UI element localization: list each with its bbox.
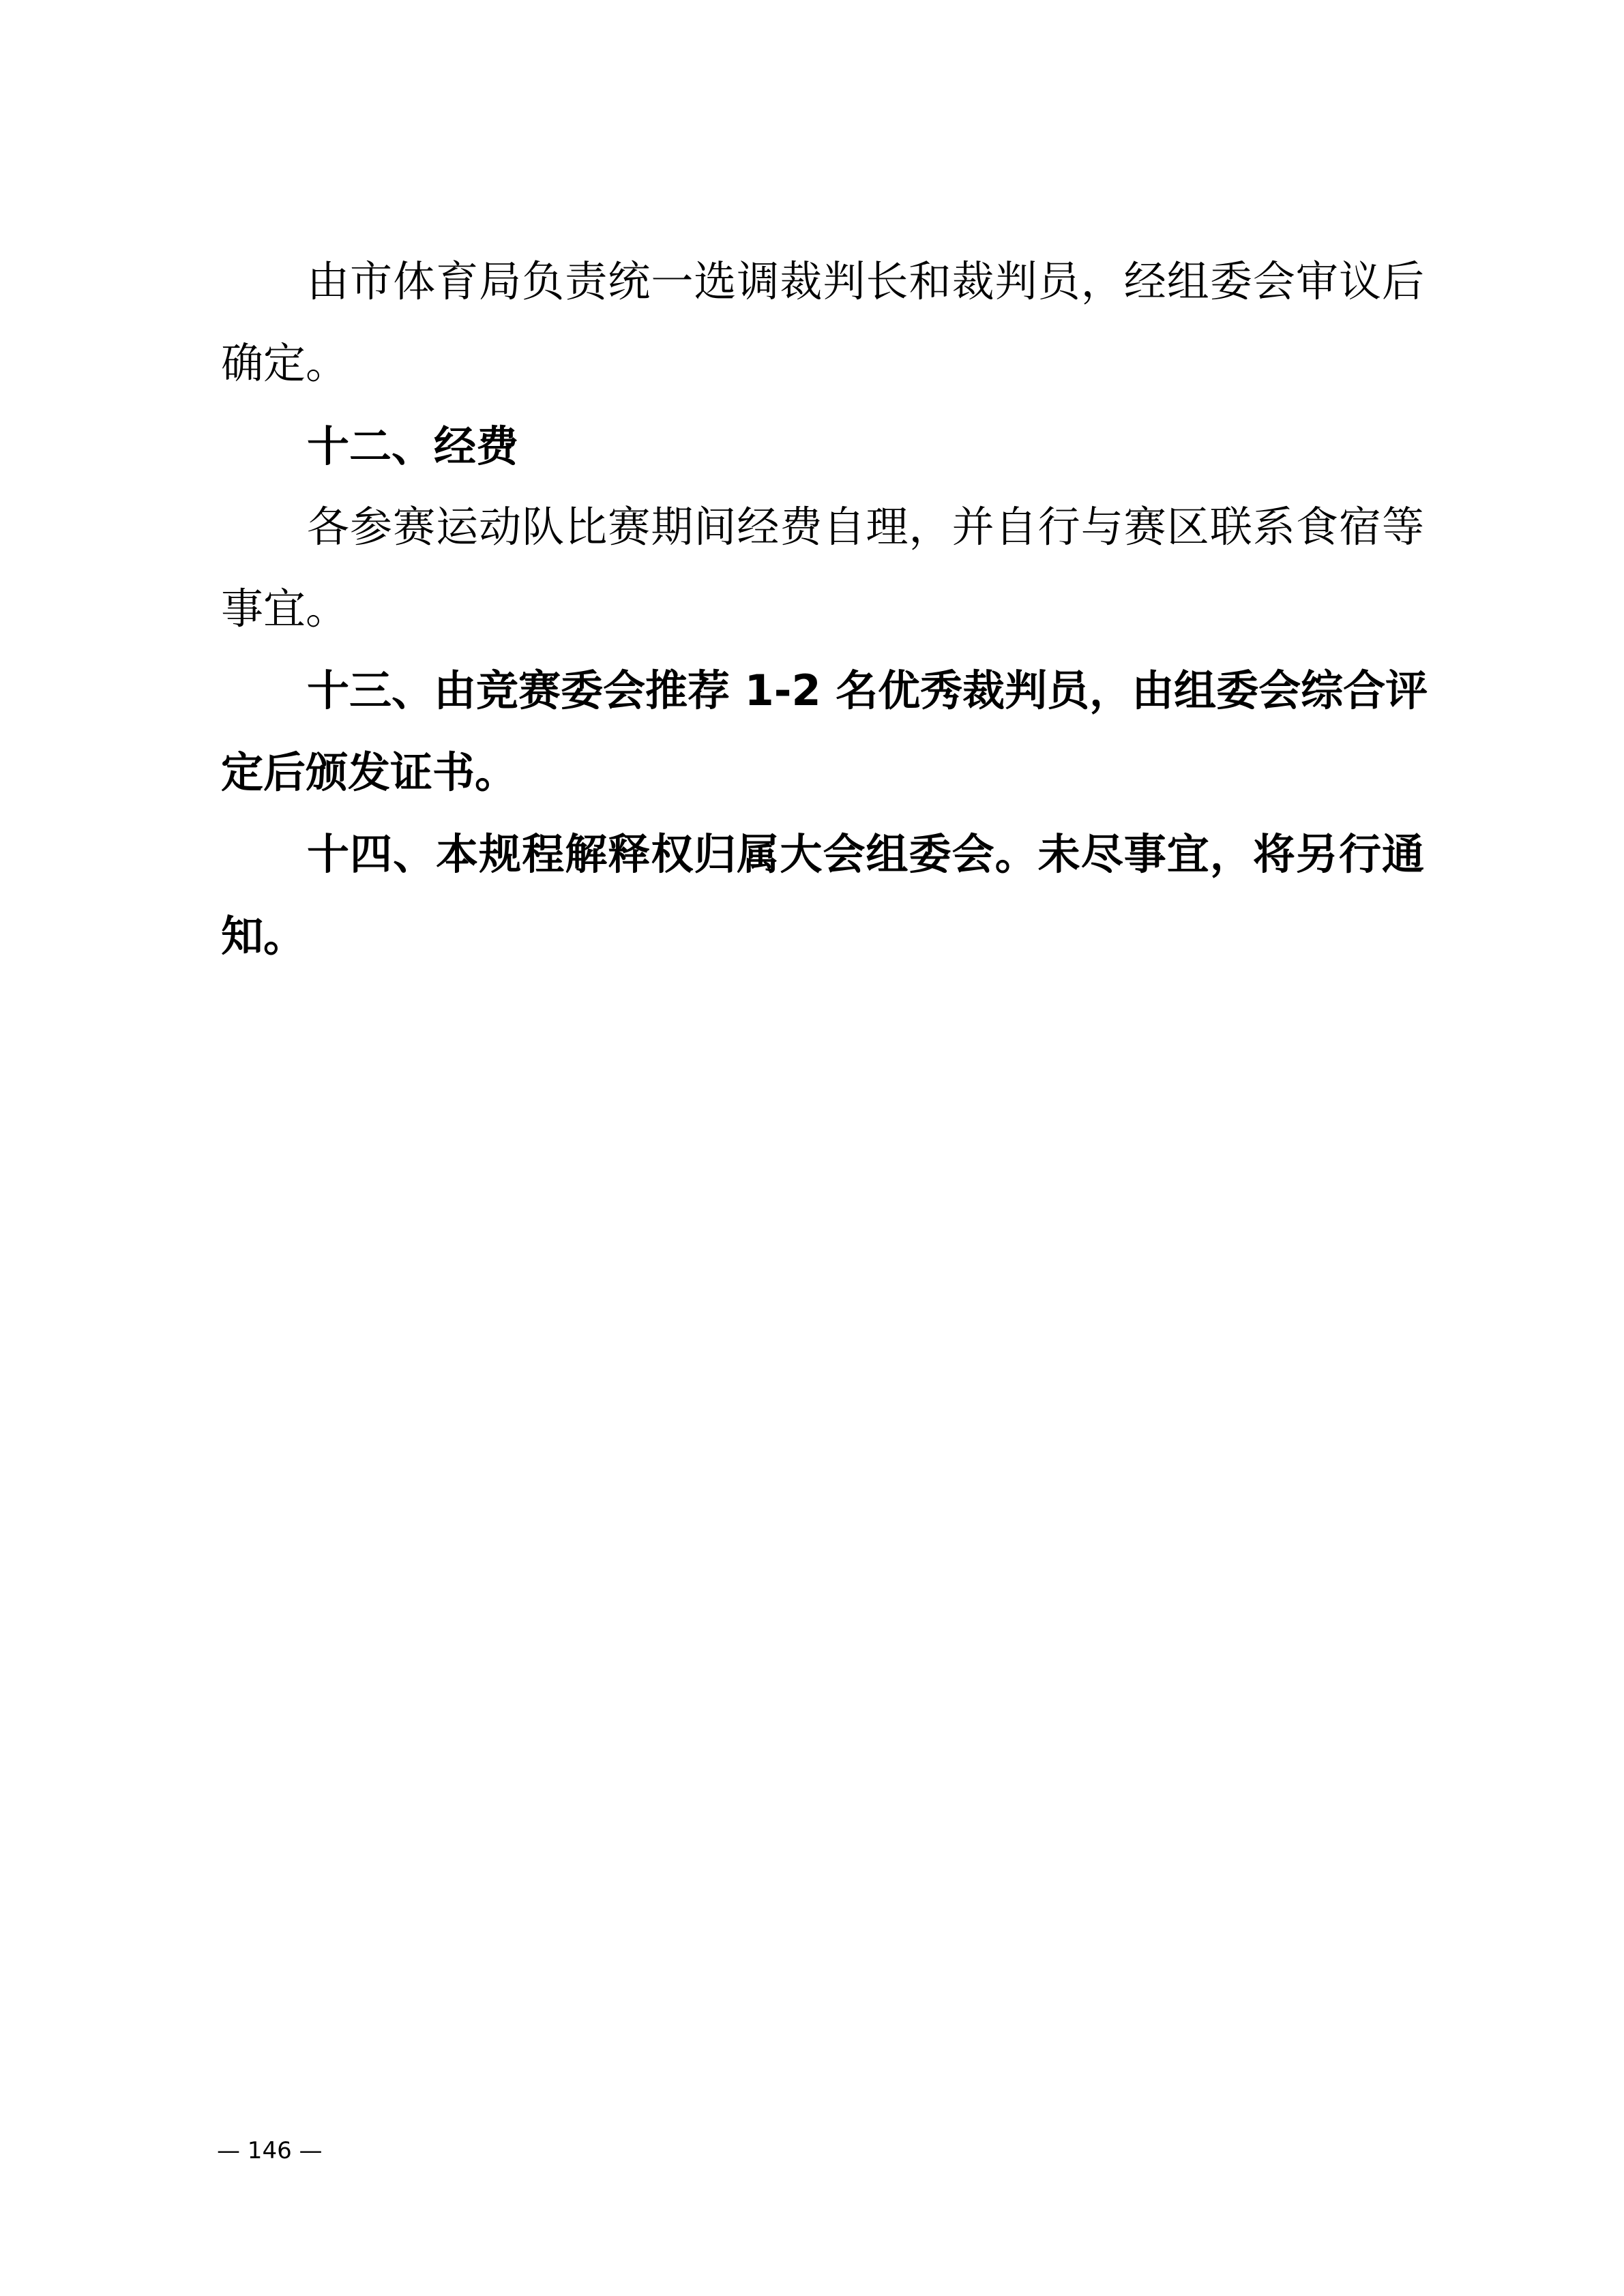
- section-13-line-1: 十三、由竞赛委会推荐 1-2 名优秀裁判员，由组委会综合评: [307, 664, 1424, 718]
- section-14-line-2: 知。: [221, 909, 1424, 964]
- section-13-line-2: 定后颁发证书。: [221, 745, 1424, 800]
- section-14-line-1: 十四、本规程解释权归属大会组委会。未尽事宜，将另行通: [307, 827, 1424, 882]
- paragraph-expenses-line-2: 事宜。: [221, 582, 1424, 636]
- paragraph-referees-line-1: 由市体育局负责统一选调裁判长和裁判员，经组委会审议后: [307, 254, 1424, 309]
- page-number: — 146 —: [217, 2137, 323, 2164]
- section-heading-12-expenses: 十二、经费: [307, 419, 1424, 474]
- paragraph-expenses-line-1: 各参赛运动队比赛期间经费自理，并自行与赛区联系食宿等: [307, 500, 1424, 554]
- paragraph-referees-line-2: 确定。: [221, 336, 1424, 391]
